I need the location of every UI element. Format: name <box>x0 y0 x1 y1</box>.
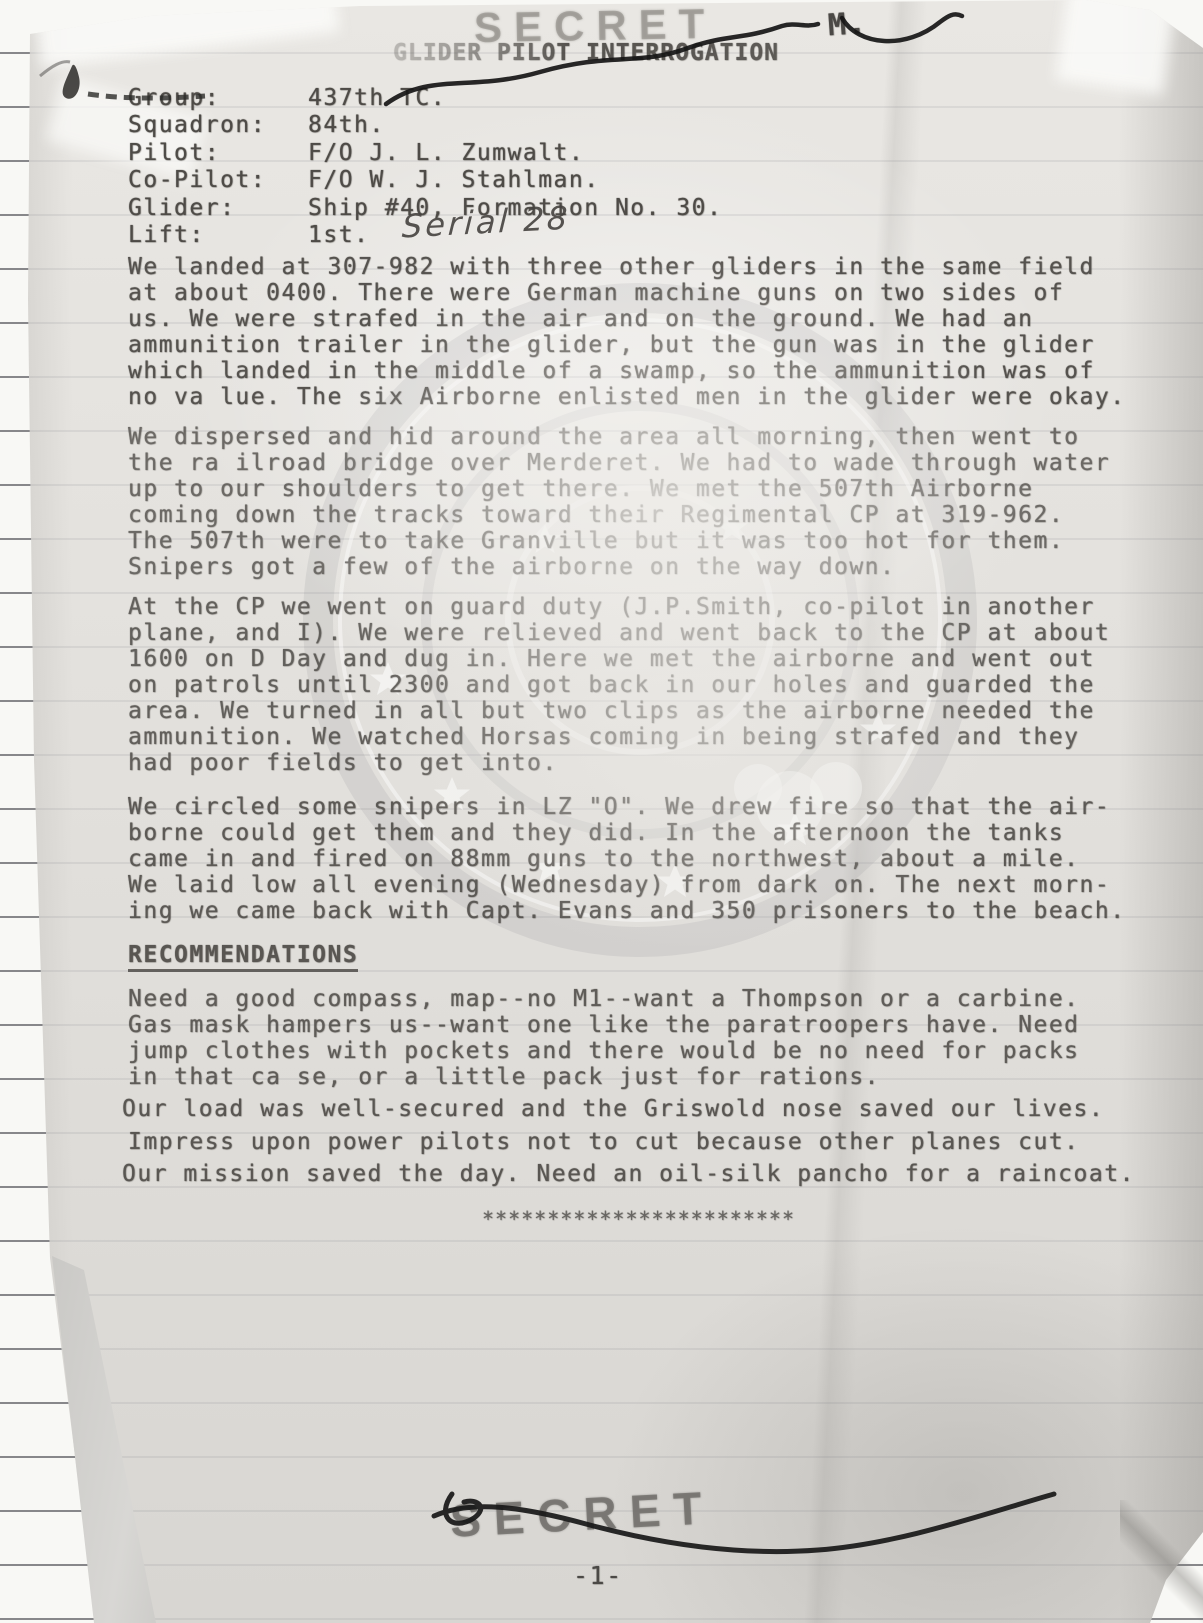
narrative-paragraph-2: We dispersed and hid around the area all… <box>128 424 1110 580</box>
field-value-copilot: F/O W. J. Stahlman. <box>308 167 600 193</box>
field-label-copilot: Co-Pilot: <box>128 167 266 193</box>
asterisk-separator: ************************ <box>482 1206 795 1232</box>
field-label-pilot: Pilot: <box>128 140 220 166</box>
narrative-paragraph-4: We circled some snipers in LZ "O". We dr… <box>128 794 1126 924</box>
secret-stamp-bottom: SECRET <box>449 1480 716 1548</box>
recommendations-heading: RECOMMENDATIONS <box>128 942 358 972</box>
narrative-paragraph-1: We landed at 307-982 with three other gl… <box>128 254 1126 410</box>
field-label-squadron: Squadron: <box>128 112 266 138</box>
field-value-lift: 1st. <box>308 222 369 248</box>
document-sheet: SECRET GLIDER PILOT INTERROGATION M. Gro… <box>0 0 1203 1623</box>
field-value-squadron: 84th. <box>308 112 385 138</box>
field-label-group: Group: <box>128 85 220 111</box>
recommendations-paragraph: Need a good compass, map--no M1--want a … <box>128 986 1080 1090</box>
field-label-glider: Glider: <box>128 195 235 221</box>
page-number: -1- <box>573 1563 623 1589</box>
recommendation-line-3: Our mission saved the day. Need an oil-s… <box>122 1161 1135 1187</box>
narrative-paragraph-3: At the CP we went on guard duty (J.P.Smi… <box>128 594 1110 776</box>
title-ink-mark: M. <box>827 11 868 40</box>
torn-patch-top-left <box>32 0 339 68</box>
recommendation-line-2: Impress upon power pilots not to cut bec… <box>128 1129 1080 1155</box>
field-value-group: 437th TC. <box>308 85 446 111</box>
handwritten-serial-annotation: Serial 28 <box>401 199 571 246</box>
page-title: GLIDER PILOT INTERROGATION <box>393 40 779 66</box>
recommendation-line-1: Our load was well-secured and the Griswo… <box>122 1096 1104 1122</box>
field-value-pilot: F/O J. L. Zumwalt. <box>308 140 584 166</box>
field-label-lift: Lift: <box>128 222 205 248</box>
scanned-page: SECRET GLIDER PILOT INTERROGATION M. Gro… <box>0 0 1203 1623</box>
torn-patch-top-right <box>1055 0 1176 95</box>
